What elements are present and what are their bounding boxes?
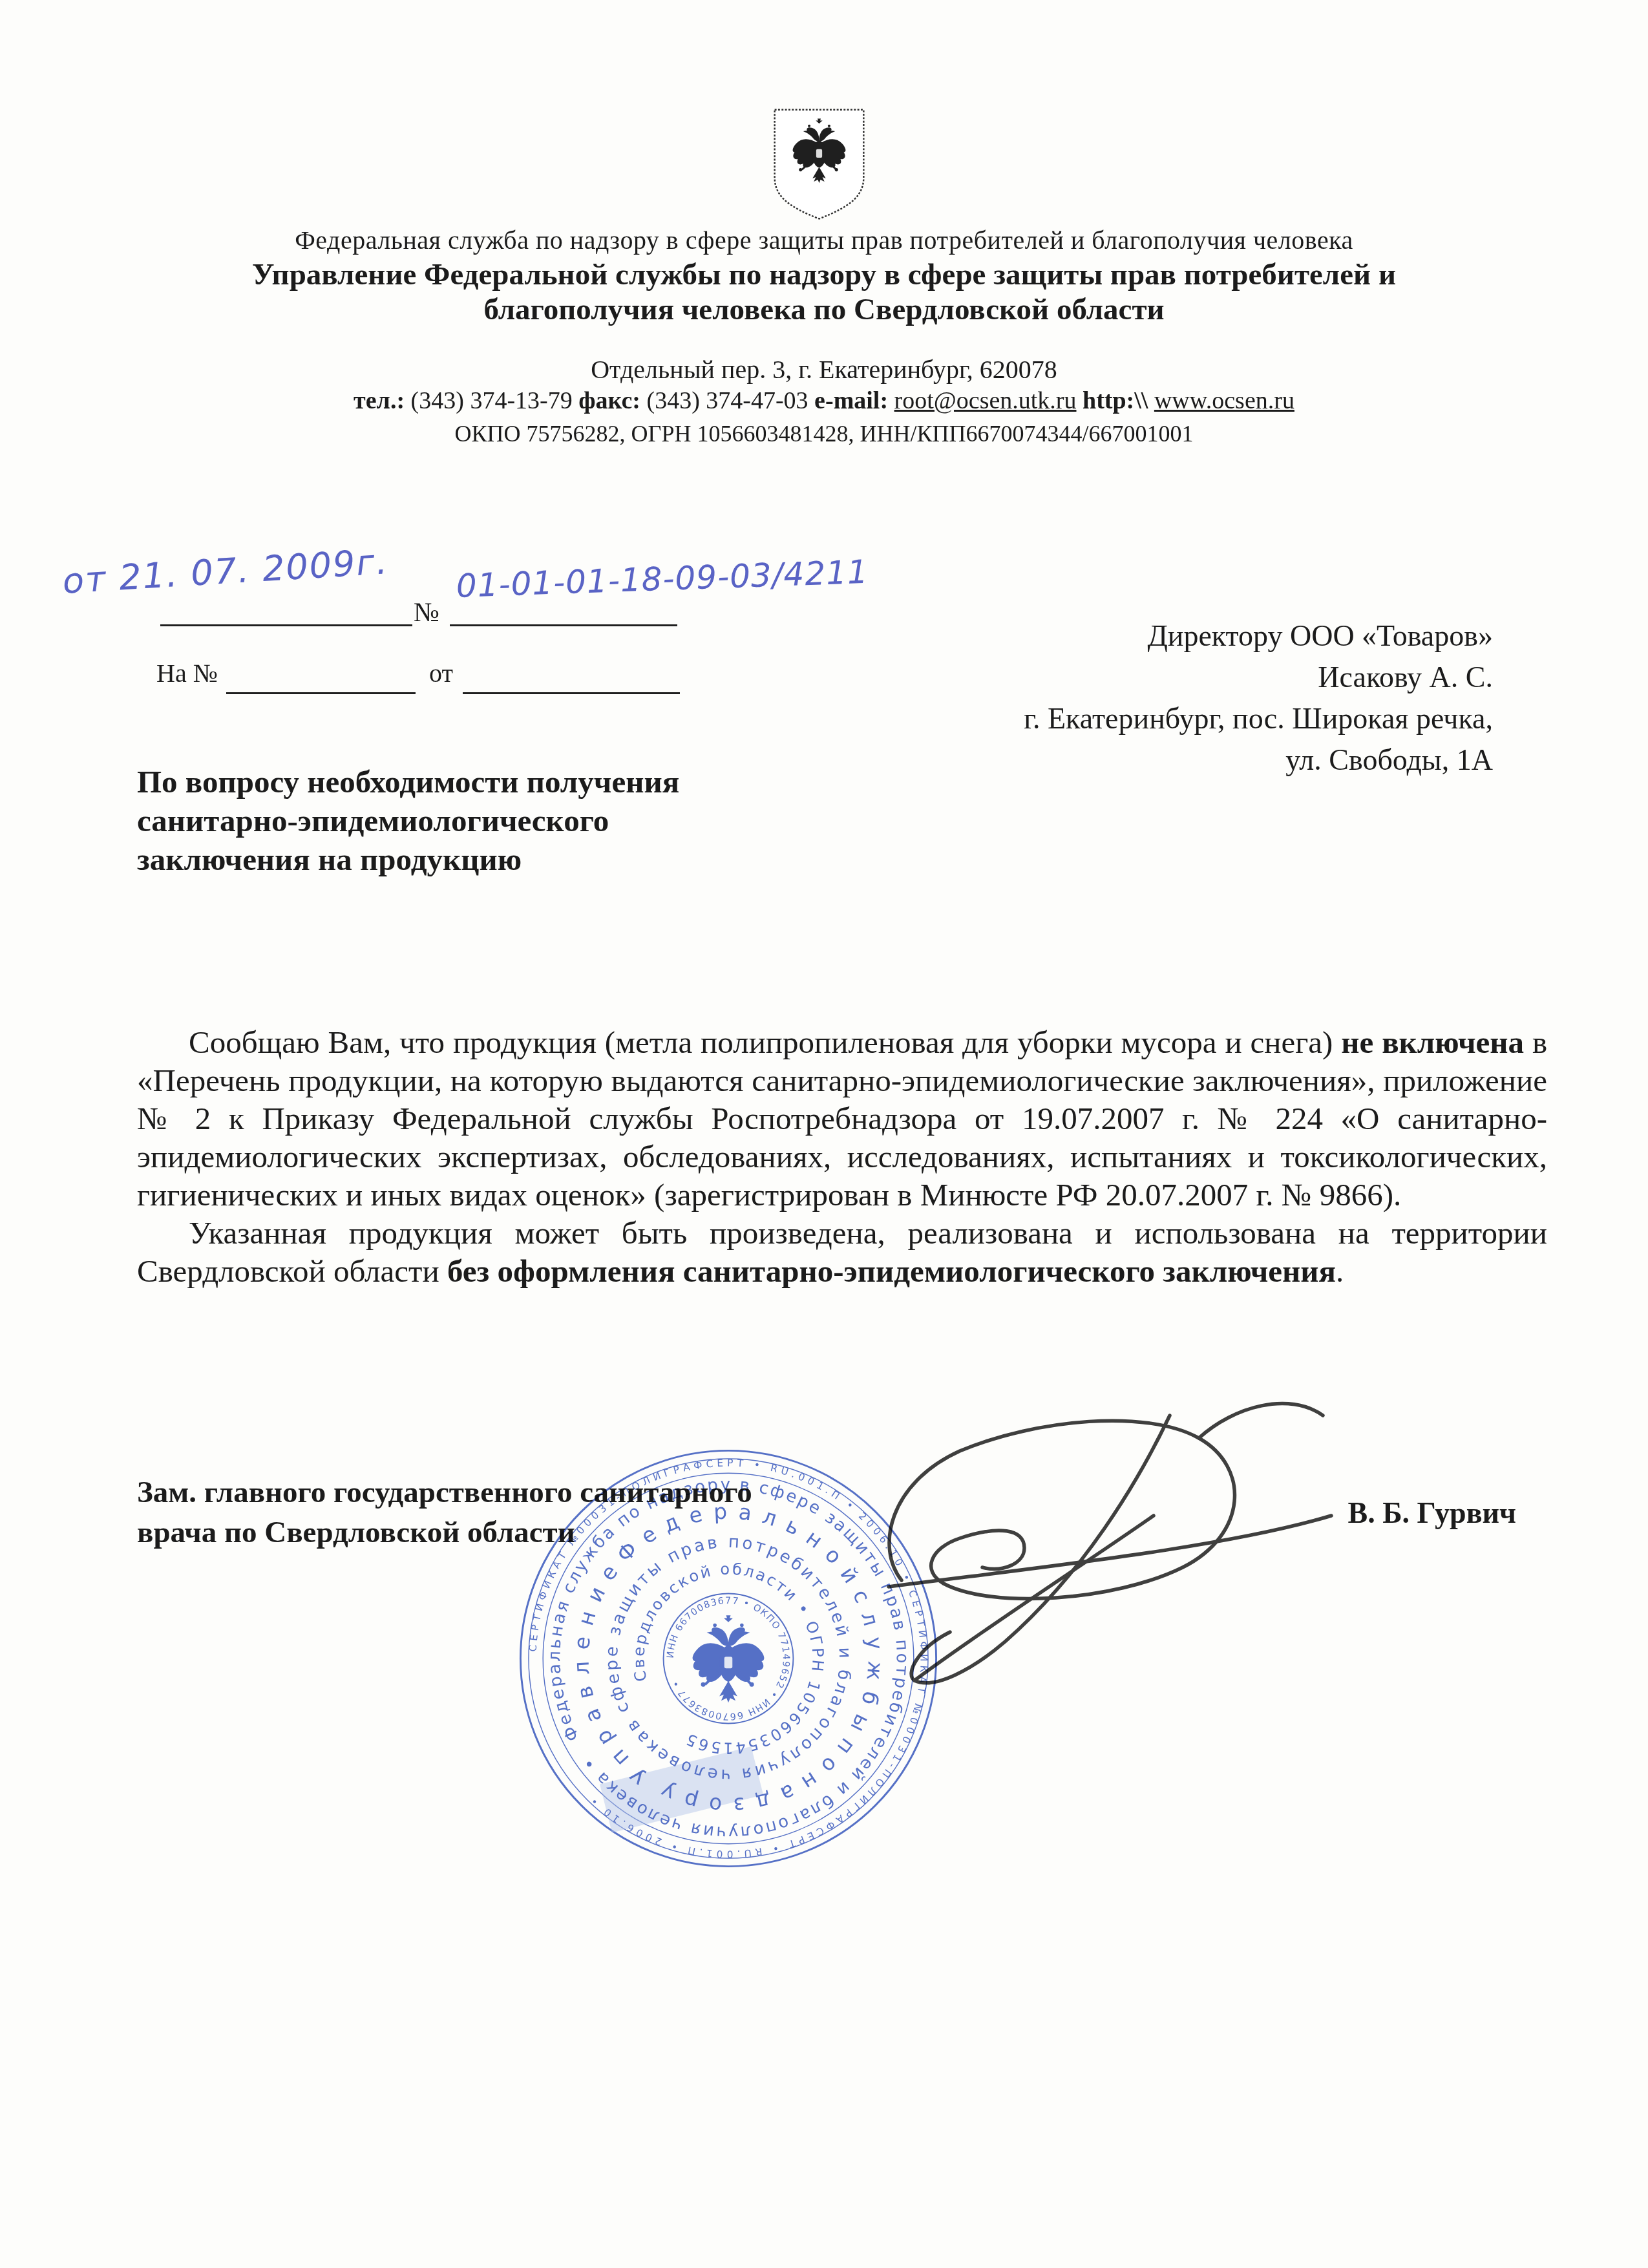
recipient-block: Директору ООО «Товаров» Исакову А. С. г.… [1024,615,1493,781]
service-line: Федеральная служба по надзору в сфере за… [0,225,1648,255]
fax-value: (343) 374-47-03 [640,387,814,414]
subject-block: По вопросу необходимости получения санит… [137,763,679,879]
subject-line: санитарно-эпидемиологического [137,801,679,840]
handwritten-signature [811,1354,1347,1703]
codes-line: ОКПО 75756282, ОГРН 1056603481428, ИНН/К… [0,420,1648,447]
body-text-bold: без оформления санитарно-эпидемиологичес… [447,1253,1336,1289]
body-paragraph-1: Сообщаю Вам, что продукция (метла полипр… [137,1023,1547,1214]
tel-label: тел.: [354,387,405,414]
ot-label: от [429,658,453,688]
scanned-letter-page: Федеральная служба по надзору в сфере за… [0,0,1648,2268]
number-sign: № [414,597,439,628]
body-paragraph-2: Указанная продукция может быть произведе… [137,1214,1547,1290]
address-line: Отдельный пер. 3, г. Екатеринбург, 62007… [0,354,1648,385]
recipient-line: ул. Свободы, 1А [1024,739,1493,781]
number-blank-line [450,624,677,626]
recipient-line: Директору ООО «Товаров» [1024,615,1493,657]
coat-of-arms-icon [766,105,872,229]
recipient-line: г. Екатеринбург, пос. Широкая речка, [1024,698,1493,739]
email-value: root@ocsen.utk.ru [894,387,1077,414]
letter-body: Сообщаю Вам, что продукция (метла полипр… [137,1023,1547,1290]
reply-date-blank-line [463,692,680,694]
handwritten-date: от 21. 07. 2009г. [61,541,390,602]
email-label: e-mail: [814,387,888,414]
contacts-line: тел.: (343) 374-13-79 факс: (343) 374-47… [0,387,1648,415]
org-name-line-2: благополучия человека по Свердловской об… [0,292,1648,327]
subject-line: По вопросу необходимости получения [137,763,679,801]
signoff-name: В. Б. Гурвич [1348,1496,1516,1530]
reply-number-blank-line [226,692,416,694]
tel-value: (343) 374-13-79 [405,387,578,414]
http-label: http:\\ [1077,387,1154,414]
na-no-label: На № [156,658,218,688]
site-value: www.ocsen.ru [1154,387,1294,414]
fax-label: факс: [578,387,640,414]
handwritten-outgoing-number: 01-01-01-18-09-03/4211 [456,553,869,605]
body-text-bold: не включена [1341,1024,1524,1060]
org-name-line-1: Управление Федеральной службы по надзору… [0,257,1648,292]
subject-line: заключения на продукцию [137,840,679,879]
recipient-line: Исакову А. С. [1024,657,1493,698]
date-blank-line [160,624,412,626]
body-text: . [1336,1253,1344,1289]
body-text: Сообщаю Вам, что продукция (метла полипр… [189,1024,1341,1060]
